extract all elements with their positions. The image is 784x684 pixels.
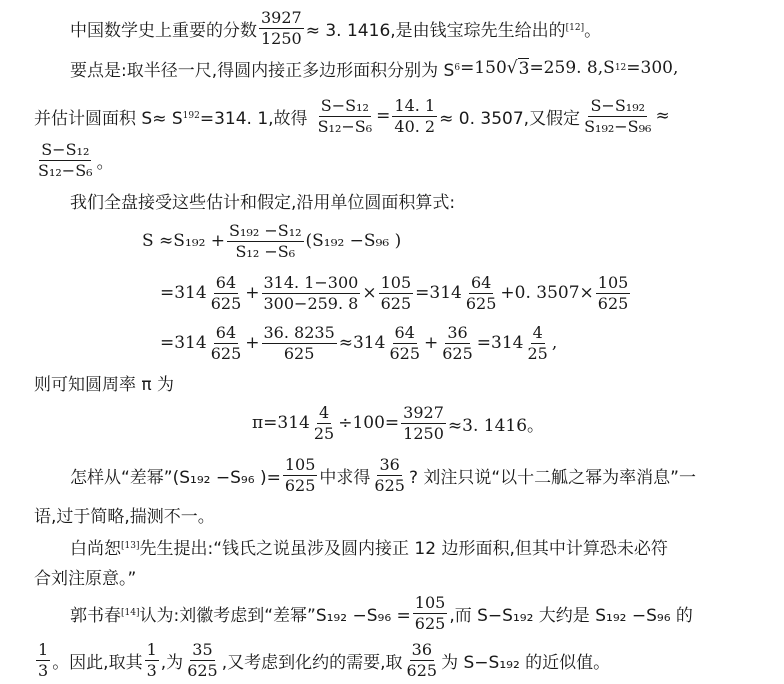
paragraph-2-line-2: 并估计圆面积 S≈ S 192 =314. 1,故得 S−S₁₂ S₁₂−S₆ … [34,92,670,140]
fraction: 314. 1−300300−259. 8 [262,275,361,312]
fraction: 425 [312,405,336,442]
fraction: 39271250 [401,405,446,442]
fraction: 105625 [596,275,631,312]
fraction: 105625 [413,595,448,632]
fraction: 14. 1 40. 2 [392,98,437,135]
p2-end: 。 [97,148,114,173]
p4-text: 则可知圆周率 π 为 [34,370,174,395]
equation-row-3: =314 64625 + 36. 8235625 ≈314 64625 + 36… [160,318,557,368]
p7-text: 郭书春 [70,601,121,626]
sqrt-symbol: √ [507,58,518,78]
fraction-3927-1250: 3927 1250 [259,10,304,47]
equation-row-2: =314 64625 + 314. 1−300300−259. 8 × 1056… [160,268,632,318]
fraction: S−S₁₉₂ S₁₉₂−S₉₆ [582,98,653,135]
paragraph-2-line-3: S−S₁₂ S₁₂−S₆ 。 [34,136,114,184]
fraction: 425 [526,325,550,362]
eq-term: + [245,283,259,303]
p7-post: ,而 S−S₁₉₂ 大约是 S₁₉₂ −S₉₆ 的 [449,601,693,626]
pi-equation: π=314 425 ÷100= 39271250 ≈3. 1416。 [252,398,544,448]
eq-term: =314 [415,283,462,303]
p2-text: 要点是:取半径一尺,得圆内接正多边形面积分别为 S [70,56,454,81]
fraction: 36625 [405,642,440,679]
p2-approx: ≈ 0. 3507,又假定 [439,104,580,129]
p1-end: 。 [584,16,601,41]
eq-term: + [424,333,438,353]
fraction: 36625 [440,325,475,362]
fraction: 64625 [387,325,422,362]
fraction: S−S₁₂ S₁₂−S₆ [316,98,375,135]
equals: = [376,106,390,126]
fraction: S−S₁₂ S₁₂−S₆ [36,142,95,179]
p2-approx2: ≈ [655,106,669,126]
eq-row1-post: (S₁₉₂ −S₉₆ ) [306,231,402,251]
p5-post: ? 刘注只说“以十二觚之幂为率消息”一 [409,463,696,488]
eq-term: ≈314 [339,333,386,353]
p7-l2-b: ,为 [161,648,183,673]
p1-text: 中国数学史上重要的分数 [70,16,257,41]
paragraph-6-line-1: 白尚恕 [13] 先生提出:“钱氏之说虽涉及圆内接正 12 边形面积,但其中计算… [70,526,668,566]
p3-text: 我们全盘接受这些估计和假定,沿用单位圆面积算式: [70,188,455,213]
eq-term: π=314 [252,413,310,433]
eq-term: =314 [160,283,207,303]
p5-mid: 中求得 [319,463,370,488]
eq-term: ≈3. 1416。 [448,411,544,436]
eq-row1-pre: S ≈S₁₉₂ + [142,231,225,251]
fraction: 105625 [379,275,414,312]
subscript: 192 [183,111,200,121]
p2-eq2: =259. 8,S [529,58,614,78]
eq-term: ÷100= [338,413,399,433]
fraction: 36. 8235625 [262,325,337,362]
eq-term: + [245,333,259,353]
fraction: 105625 [283,457,318,494]
equation-row-1: S ≈S₁₉₂ + S₁₉₂ −S₁₂ S₁₂ −S₆ (S₁₉₂ −S₉₆ ) [142,216,401,266]
citation-13: [13] [121,541,139,551]
fraction: 64625 [209,275,244,312]
sqrt-radicand: 3 [518,58,530,79]
paragraph-7-line-1: 郭书春 [14] 认为:刘徽考虑到“差幂”S₁₉₂ −S₉₆ = 105625 … [70,588,693,638]
fraction: 36625 [372,457,407,494]
paragraph-4: 则可知圆周率 π 为 [34,362,174,402]
p2-eq1: =150 [460,58,507,78]
p2-eq3: =300, [626,58,678,78]
p6-text: 白尚恕 [70,534,121,559]
p2-line2-text: 并估计圆面积 S≈ S [34,104,183,129]
p7-mid: 认为:刘徽考虑到“差幂”S₁₉₂ −S₉₆ = [139,601,410,626]
eq-term: =314 [160,333,207,353]
paragraph-1: 中国数学史上重要的分数 3927 1250 ≈ 3. 1416,是由钱宝琮先生给… [70,8,601,48]
eq-end: , [552,333,557,353]
subscript: 12 [615,63,626,73]
p5-line2: 语,过于简略,揣测不一。 [34,502,215,527]
paragraph-7-line-2: 13 。因此,取其 13 ,为 35625 ,又考虑到化约的需要,取 36625… [34,636,610,684]
eq-term: =314 [477,333,524,353]
p7-l2-c: ,又考虑到化约的需要,取 [222,648,403,673]
p1-text-post: ≈ 3. 1416,是由钱宝琮先生给出的 [306,16,566,41]
fraction: 13 [36,642,50,679]
p7-l2-a: 。因此,取其 [52,648,142,673]
paragraph-2-line-1: 要点是:取半径一尺,得圆内接正多边形面积分别为 S 6 =150 √3 =259… [70,48,678,88]
p2-line2-eq: =314. 1,故得 [200,104,308,129]
p6-line2: 合刘注原意。” [34,564,136,589]
fraction: S₁₉₂ −S₁₂ S₁₂ −S₆ [227,223,303,260]
paragraph-3: 我们全盘接受这些估计和假定,沿用单位圆面积算式: [70,180,455,220]
fraction: 64625 [464,275,499,312]
citation-14: [14] [121,608,139,618]
fraction: 35625 [185,642,220,679]
p7-l2-d: 为 S−S₁₉₂ 的近似值。 [441,648,610,673]
fraction: 64625 [209,325,244,362]
p6-post: 先生提出:“钱氏之说虽涉及圆内接正 12 边形面积,但其中计算恐未必符 [139,534,667,559]
eq-term: +0. 3507× [500,283,593,303]
citation-12: [12] [566,23,584,33]
paragraph-5-line-1: 怎样从“差幂”(S₁₉₂ −S₉₆ )= 105625 中求得 36625 ? … [70,450,696,500]
eq-term: × [362,283,376,303]
p5-text: 怎样从“差幂”(S₁₉₂ −S₉₆ )= [70,463,281,488]
fraction: 13 [145,642,159,679]
